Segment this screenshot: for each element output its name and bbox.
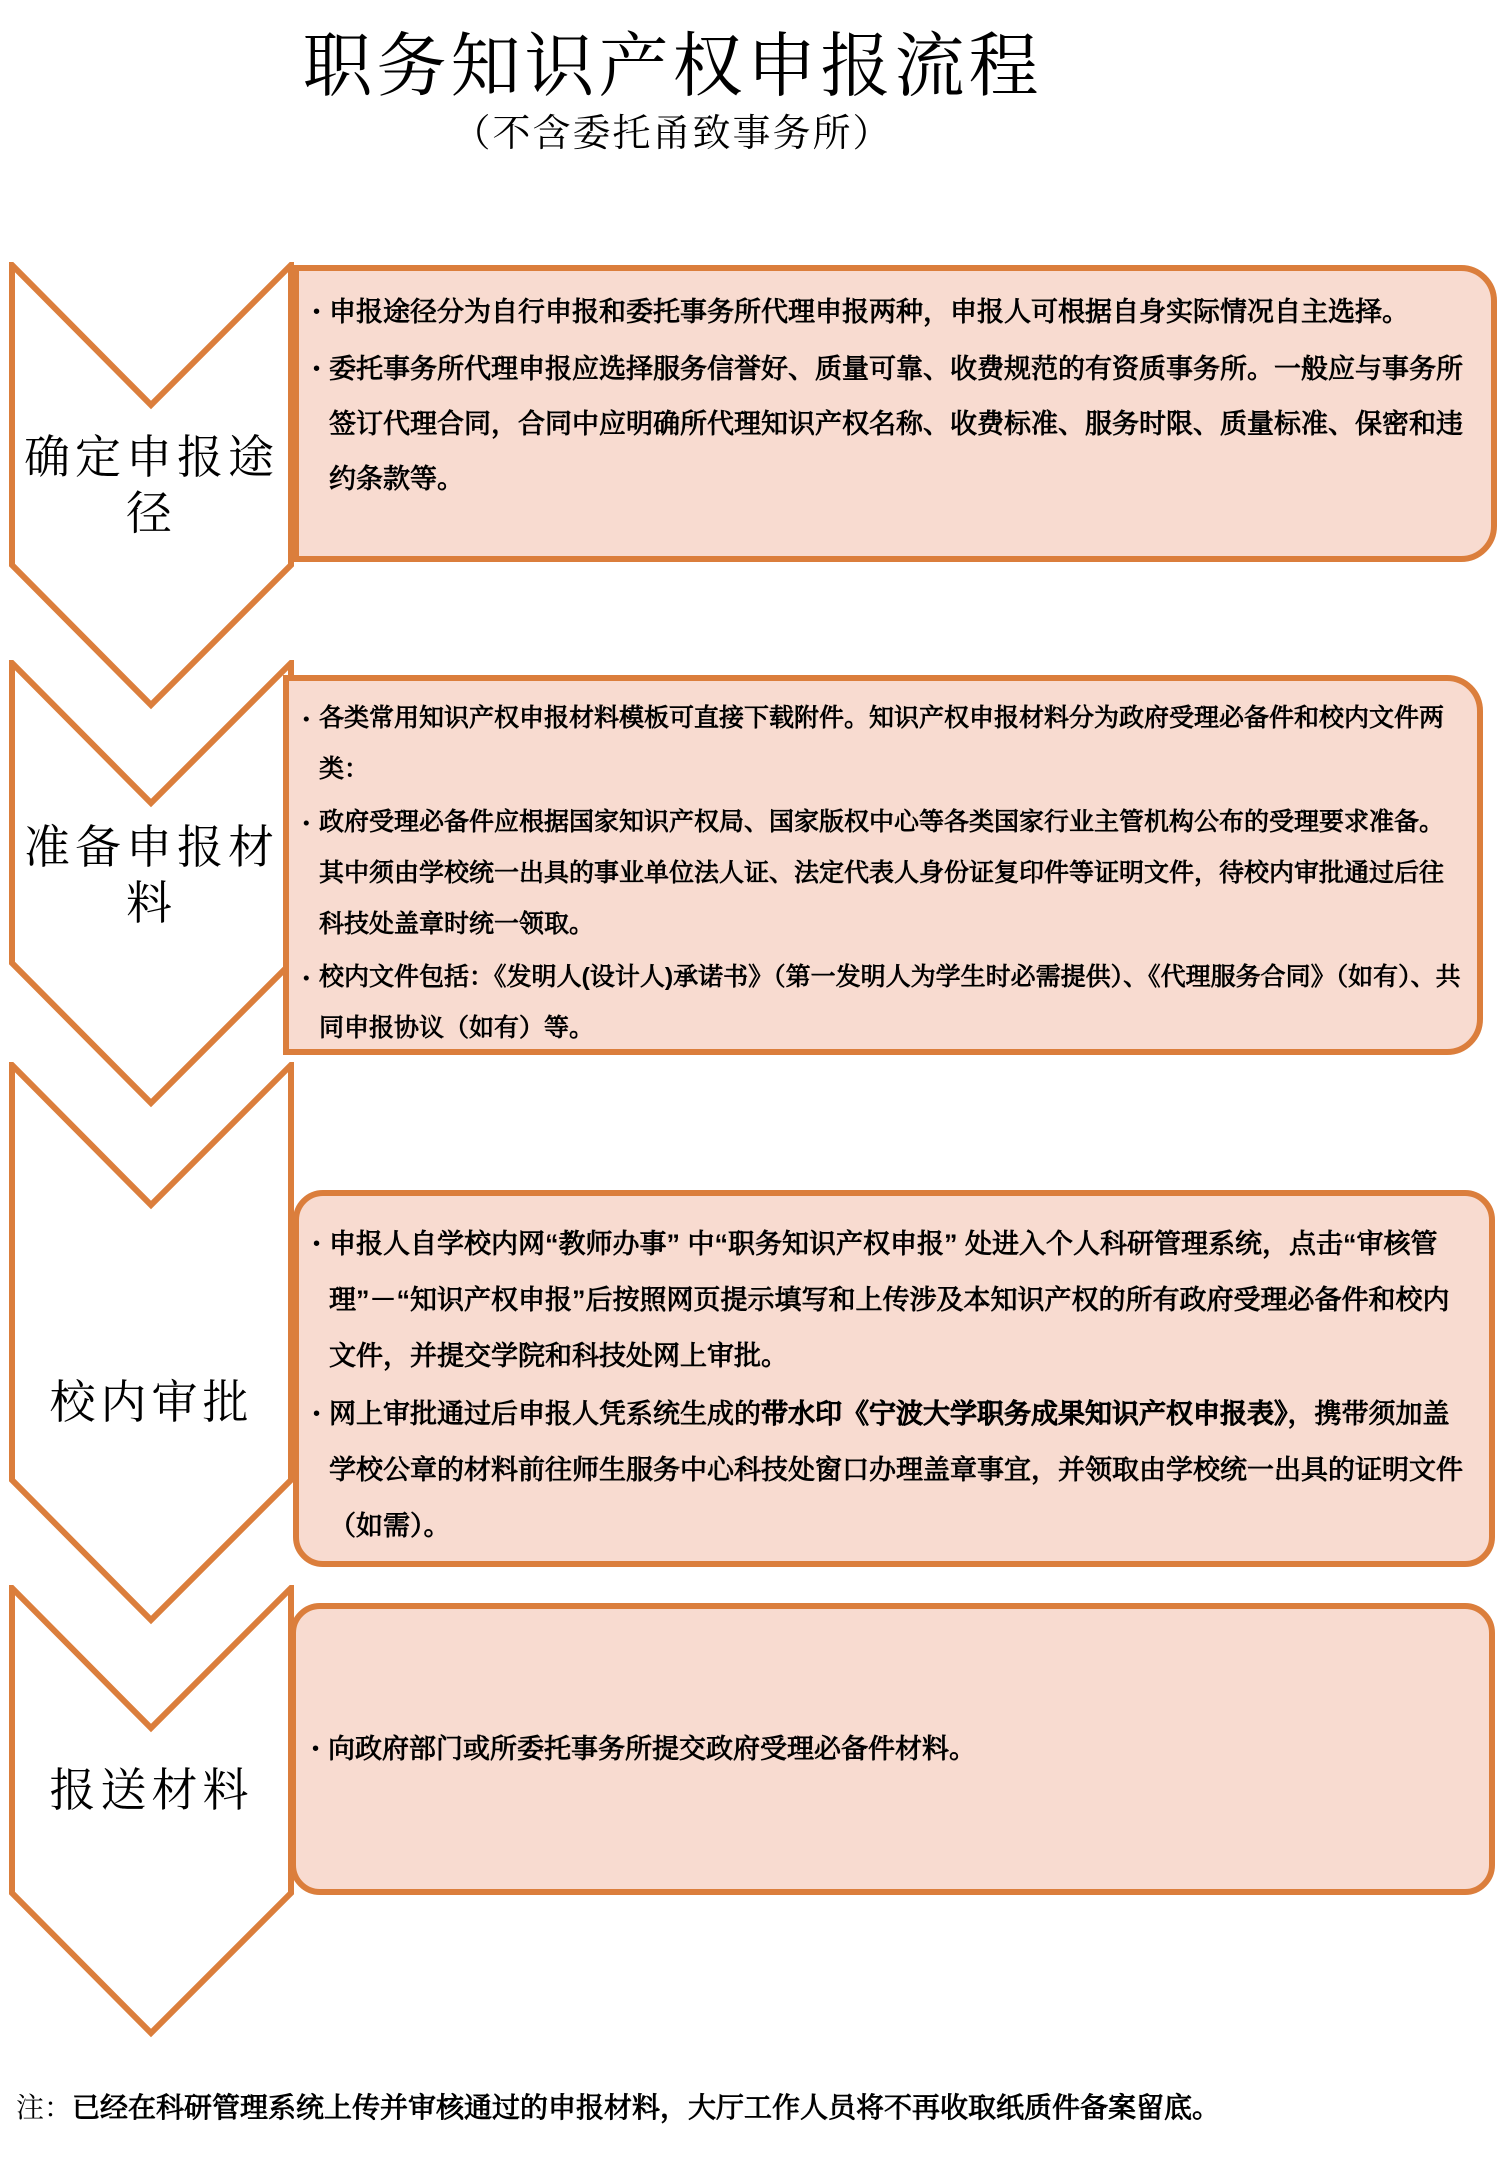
step-label: 校内审批 (9, 1375, 294, 1431)
step-panel-1: •申报途径分为自行申报和委托事务所代理申报两种，申报人可根据自身实际情况自主选择… (293, 265, 1497, 562)
bullet-text-bold-segment: 带水印《宁波大学职务成果知识产权申报表》 (761, 1399, 1288, 1429)
chevron-step-4: 报送材料 (9, 1585, 294, 2039)
bullet-icon: • (303, 797, 319, 848)
chevron-step-2: 准备申报材料 (9, 660, 294, 1109)
bullet-text-segment: 申报人自学校内网“教师办事” 中“职务知识产权申报” 处进入个人科研管理系统，点… (329, 1229, 1450, 1371)
footnote: 注：已经在科研管理系统上传并审核通过的申报材料，大厅工作人员将不再收取纸质件备案… (16, 2088, 1220, 2129)
bullet-icon: • (313, 285, 329, 340)
bullet-text-segment: 委托事务所代理申报应选择服务信誉好、质量可靠、收费规范的有资质事务所。一般应与事… (329, 354, 1463, 494)
bullet-icon: • (313, 1386, 329, 1442)
step-panel-2: •各类常用知识产权申报材料模板可直接下载附件。知识产权申报材料分为政府受理必备件… (283, 675, 1483, 1055)
step-label: 确定申报途径 (9, 430, 294, 542)
bullet-text-segment: 向政府部门或所委托事务所提交政府受理必备件材料。 (328, 1734, 976, 1764)
chevron-step-1: 确定申报途径 (9, 262, 294, 711)
bullet-text-segment: 校内文件包括：《发明人(设计人)承诺书》（第一发明人为学生时必需提供）、《代理服… (319, 963, 1461, 1042)
bullet-text: 申报途径分为自行申报和委托事务所代理申报两种，申报人可根据自身实际情况自主选择。 (329, 285, 1471, 340)
bullet-text: 网上审批通过后申报人凭系统生成的带水印《宁波大学职务成果知识产权申报表》，携带须… (329, 1386, 1473, 1554)
panel-content: •申报途径分为自行申报和委托事务所代理申报两种，申报人可根据自身实际情况自主选择… (299, 271, 1491, 556)
page-root: { "page": { "title": "职务知识产权申报流程", "subt… (0, 0, 1500, 2167)
bullet-icon: • (303, 952, 319, 1003)
steps-layer: 确定申报途径•申报途径分为自行申报和委托事务所代理申报两种，申报人可根据自身实际… (0, 0, 1500, 2167)
bullet-item: •网上审批通过后申报人凭系统生成的带水印《宁波大学职务成果知识产权申报表》，携带… (313, 1386, 1473, 1554)
bullet-text: 申报人自学校内网“教师办事” 中“职务知识产权申报” 处进入个人科研管理系统，点… (329, 1216, 1473, 1384)
step-label: 准备申报材料 (9, 820, 294, 932)
panel-content: •向政府部门或所委托事务所提交政府受理必备件材料。 (296, 1609, 1489, 1889)
bullet-item: •申报途径分为自行申报和委托事务所代理申报两种，申报人可根据自身实际情况自主选择… (313, 285, 1471, 340)
step-label: 报送材料 (9, 1763, 294, 1819)
bullet-icon: • (313, 342, 329, 397)
bullet-icon: • (313, 1216, 329, 1272)
bullet-text-segment: 申报途径分为自行申报和委托事务所代理申报两种，申报人可根据自身实际情况自主选择。 (329, 297, 1409, 327)
chevron-step-3: 校内审批 (9, 1062, 294, 1626)
bullet-item: •各类常用知识产权申报材料模板可直接下载附件。知识产权申报材料分为政府受理必备件… (303, 693, 1461, 795)
panel-content: •各类常用知识产权申报材料模板可直接下载附件。知识产权申报材料分为政府受理必备件… (289, 681, 1477, 1049)
bullet-text: 校内文件包括：《发明人(设计人)承诺书》（第一发明人为学生时必需提供）、《代理服… (319, 952, 1461, 1054)
bullet-icon: • (303, 693, 319, 744)
bullet-text: 各类常用知识产权申报材料模板可直接下载附件。知识产权申报材料分为政府受理必备件和… (319, 693, 1461, 795)
bullet-text: 政府受理必备件应根据国家知识产权局、国家版权中心等各类国家行业主管机构公布的受理… (319, 797, 1461, 950)
bullet-text: 向政府部门或所委托事务所提交政府受理必备件材料。 (328, 1721, 1473, 1777)
step-panel-3: •申报人自学校内网“教师办事” 中“职务知识产权申报” 处进入个人科研管理系统，… (293, 1190, 1495, 1567)
bullet-item: •政府受理必备件应根据国家知识产权局、国家版权中心等各类国家行业主管机构公布的受… (303, 797, 1461, 950)
bullet-icon: • (312, 1721, 328, 1777)
footnote-prefix: 注： (16, 2093, 72, 2124)
bullet-item: •申报人自学校内网“教师办事” 中“职务知识产权申报” 处进入个人科研管理系统，… (313, 1216, 1473, 1384)
bullet-item: •向政府部门或所委托事务所提交政府受理必备件材料。 (312, 1721, 1473, 1777)
chevron-down-icon (9, 1062, 294, 1626)
bullet-text-segment: 网上审批通过后申报人凭系统生成的 (329, 1399, 761, 1429)
bullet-text-segment: 政府受理必备件应根据国家知识产权局、国家版权中心等各类国家行业主管机构公布的受理… (319, 808, 1444, 938)
bullet-text: 委托事务所代理申报应选择服务信誉好、质量可靠、收费规范的有资质事务所。一般应与事… (329, 342, 1471, 507)
bullet-item: •校内文件包括：《发明人(设计人)承诺书》（第一发明人为学生时必需提供）、《代理… (303, 952, 1461, 1054)
step-panel-4: •向政府部门或所委托事务所提交政府受理必备件材料。 (290, 1603, 1495, 1895)
bullet-item: •委托事务所代理申报应选择服务信誉好、质量可靠、收费规范的有资质事务所。一般应与… (313, 342, 1471, 507)
footnote-text: 已经在科研管理系统上传并审核通过的申报材料，大厅工作人员将不再收取纸质件备案留底… (72, 2092, 1220, 2123)
panel-content: •申报人自学校内网“教师办事” 中“职务知识产权申报” 处进入个人科研管理系统，… (299, 1196, 1489, 1561)
bullet-text-segment: 各类常用知识产权申报材料模板可直接下载附件。知识产权申报材料分为政府受理必备件和… (319, 704, 1444, 783)
